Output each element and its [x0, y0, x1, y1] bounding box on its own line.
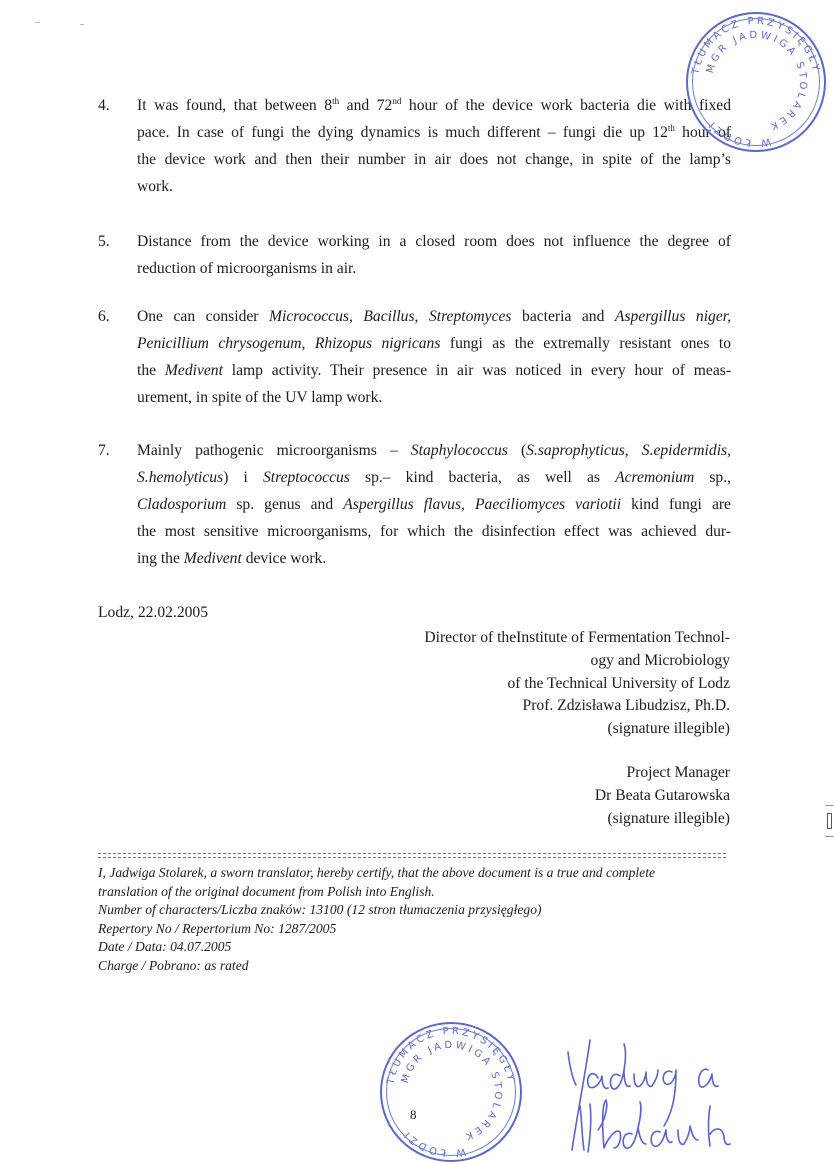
item-number: 5.	[98, 228, 128, 255]
director-line: ogy and Microbiology	[424, 650, 730, 673]
document-page: 4.It was found, that between 8th and 72n…	[0, 0, 834, 1163]
item-number: 4.	[98, 92, 128, 119]
page-number: 8	[410, 1107, 417, 1123]
item-text: Mainly pathogenic microorganisms – Staph…	[137, 437, 731, 572]
item-text: It was found, that between 8th and 72nd …	[137, 92, 731, 200]
cert-line: I, Jadwiga Stolarek, a sworn translator,…	[98, 864, 748, 883]
item-text: One can consider Micrococcus, Bacillus, …	[137, 303, 731, 411]
cert-line-characters: Number of characters/Liczba znaków: 1310…	[98, 901, 748, 920]
scan-speck	[80, 24, 84, 25]
manager-title: Project Manager	[595, 762, 730, 785]
svg-text:W ŁODZI: W ŁODZI	[401, 1127, 467, 1158]
director-line: of the Technical University of Lodz	[424, 673, 730, 696]
list-item-6: 6.One can consider Micrococcus, Bacillus…	[98, 303, 731, 411]
manager-name: Dr Beata Gutarowska	[595, 785, 730, 808]
translator-certification: I, Jadwiga Stolarek, a sworn translator,…	[98, 864, 748, 975]
item-text: Distance from the device working in a cl…	[137, 228, 731, 282]
separator-rule	[98, 853, 726, 858]
director-signature-block: Director of theInstitute of Fermentation…	[424, 627, 730, 741]
signature-note: (signature illegible)	[595, 808, 730, 831]
svg-text:MGR JADWIGA STOLAREK: MGR JADWIGA STOLAREK	[705, 30, 808, 132]
list-item-4: 4.It was found, that between 8th and 72n…	[98, 92, 731, 200]
signature-note: (signature illegible)	[424, 718, 730, 741]
svg-text:TŁUMACZ PRZYSIĘGŁY: TŁUMACZ PRZYSIĘGŁY	[690, 16, 821, 76]
item-number: 6.	[98, 303, 128, 330]
scan-edge-mark	[825, 805, 834, 837]
svg-text:MGR JADWIGA STOLAREK: MGR JADWIGA STOLAREK	[400, 1040, 503, 1142]
list-item-7: 7.Mainly pathogenic microorganisms – Sta…	[98, 437, 731, 572]
translator-stamp-icon: TŁUMACZ PRZYSIĘGŁY MGR JADWIGA STOLAREK …	[686, 12, 826, 152]
translator-stamp-icon: TŁUMACZ PRZYSIĘGŁY MGR JADWIGA STOLAREK …	[380, 1022, 522, 1162]
cert-line-repertory: Repertory No / Repertorium No: 1287/2005	[98, 920, 748, 939]
cert-line-date: Date / Data: 04.07.2005	[98, 938, 748, 957]
svg-text:W ŁODZI: W ŁODZI	[706, 117, 772, 148]
place-and-date: Lodz, 22.02.2005	[98, 604, 208, 622]
director-line: Director of theInstitute of Fermentation…	[424, 627, 730, 650]
scan-speck	[35, 22, 40, 23]
director-name: Prof. Zdzisława Libudzisz, Ph.D.	[424, 695, 730, 718]
cert-line-charge: Charge / Pobrano: as rated	[98, 957, 748, 976]
manager-signature-block: Project Manager Dr Beata Gutarowska (sig…	[595, 762, 730, 830]
cert-line: translation of the original document fro…	[98, 883, 748, 902]
handwritten-signature-icon	[560, 1030, 780, 1160]
svg-text:TŁUMACZ PRZYSIĘGŁY: TŁUMACZ PRZYSIĘGŁY	[385, 1026, 516, 1086]
item-number: 7.	[98, 437, 128, 464]
list-item-5: 5.Distance from the device working in a …	[98, 228, 731, 282]
